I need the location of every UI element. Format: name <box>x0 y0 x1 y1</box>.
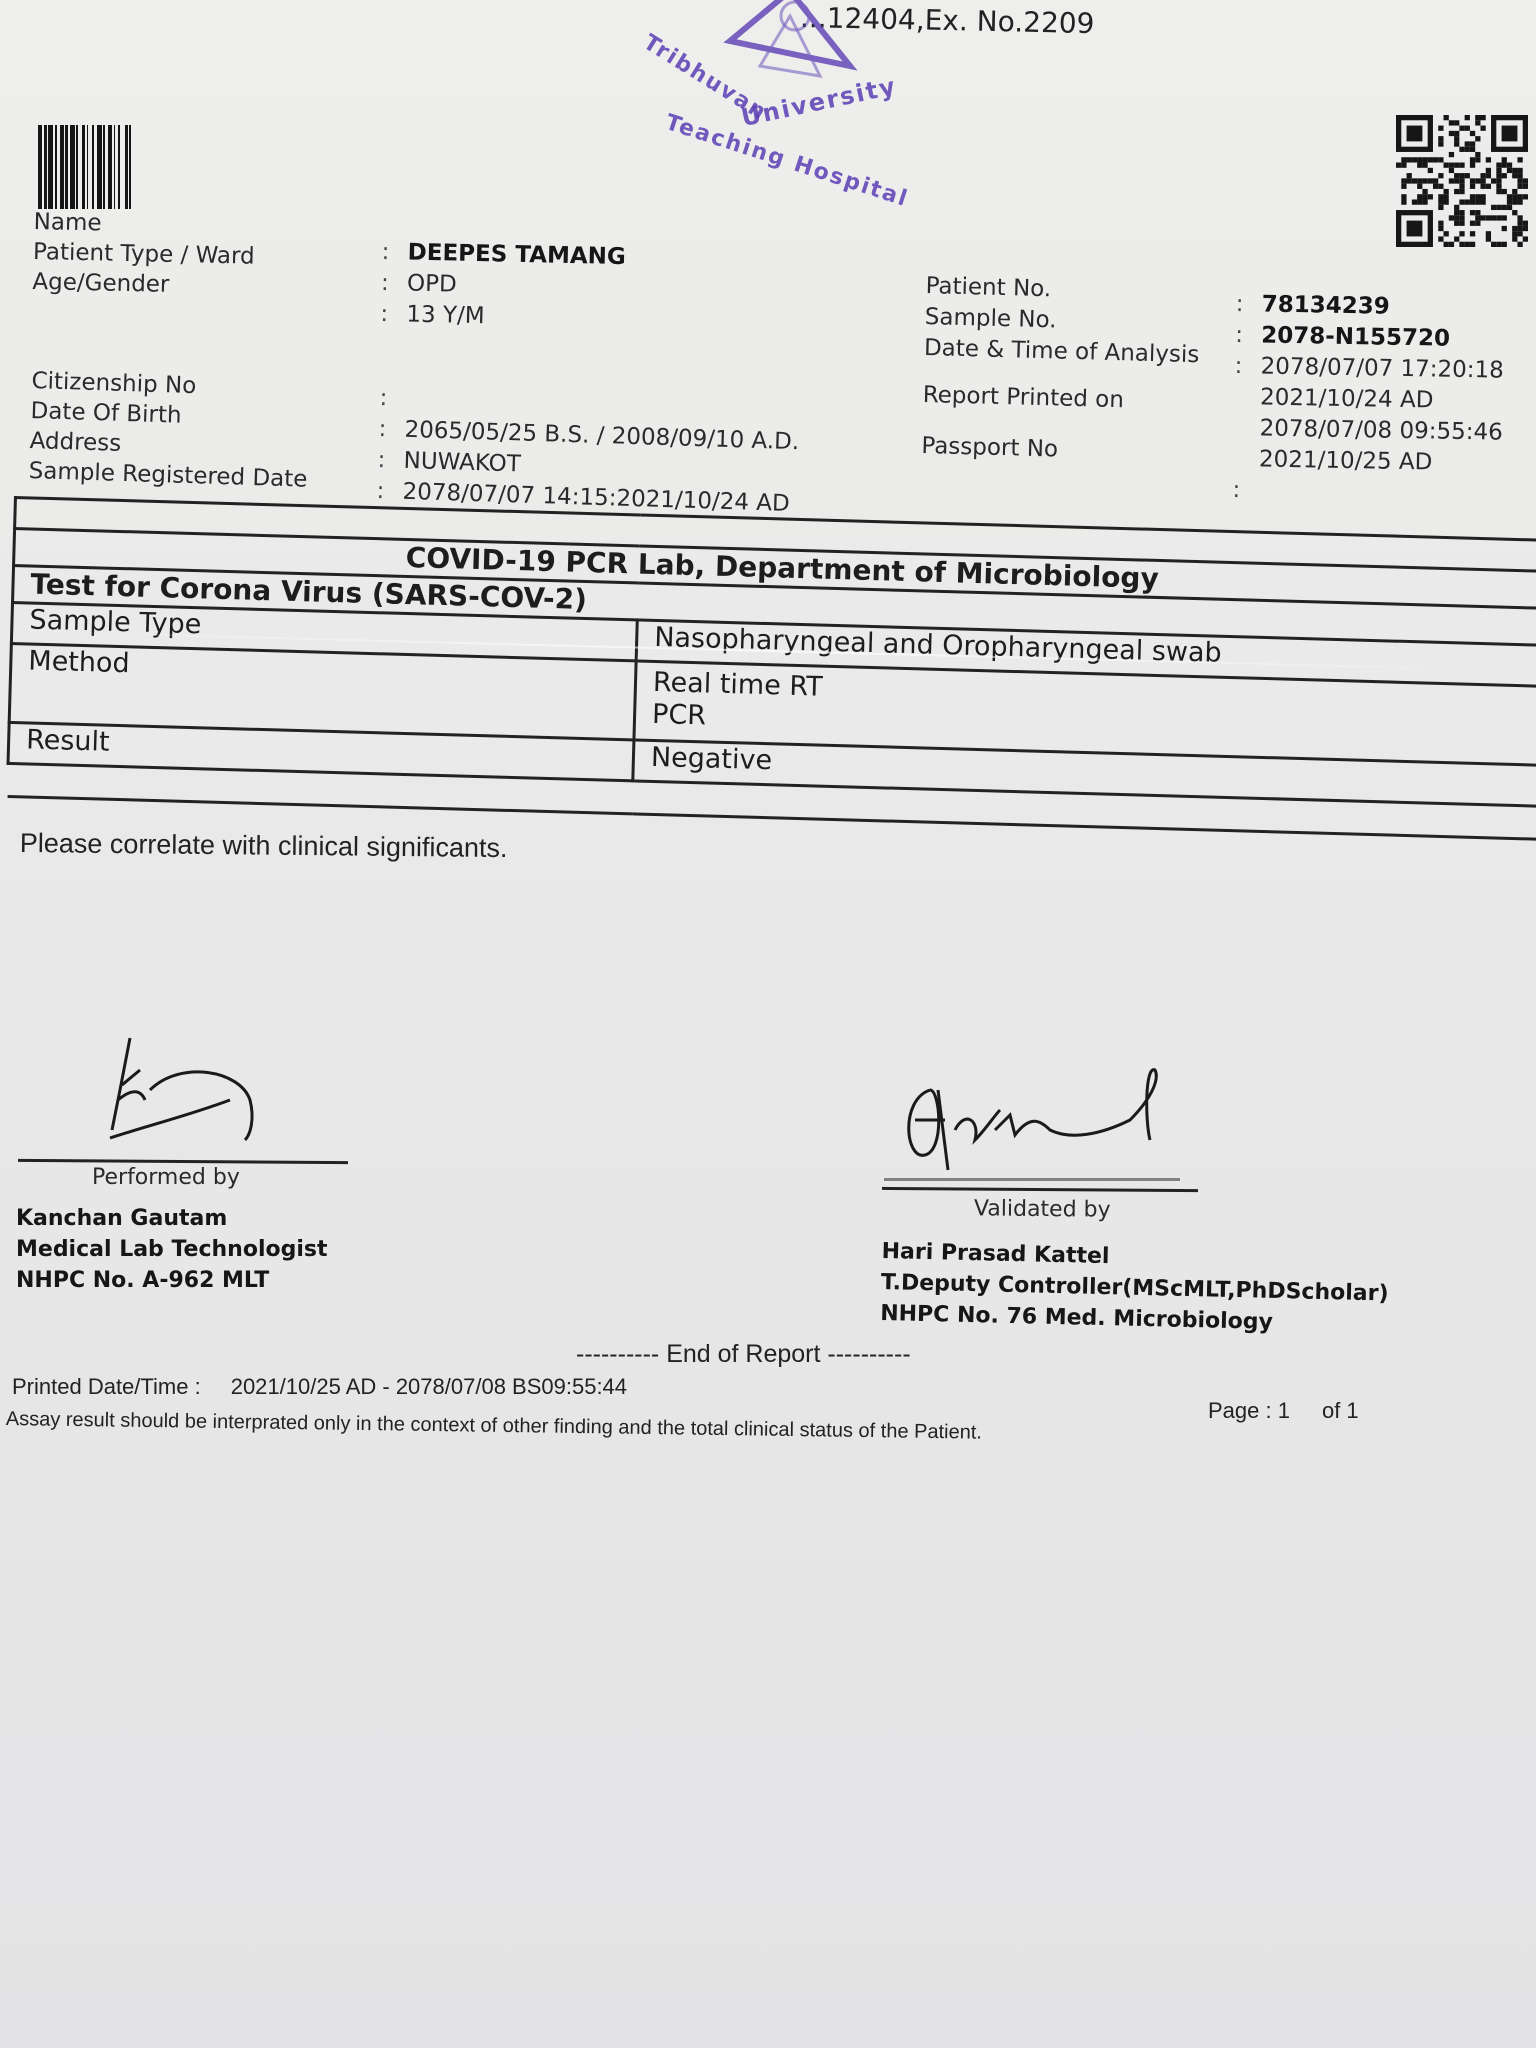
printed-date-time: Printed Date/Time :2021/10/25 AD - 2078/… <box>12 1374 627 1400</box>
patient-values-right: :78134239 :2078-N155720 :2078/07/07 17:2… <box>1232 290 1505 512</box>
performer-reg: NHPC No. A-962 MLT <box>16 1265 328 1296</box>
label-patient-type: Patient Type / Ward <box>33 238 255 273</box>
patient-values-left-2: : :2065/05/25 B.S. / 2008/09/10 A.D. :NU… <box>376 384 800 521</box>
performed-by-block: Kanchan Gautam Medical Lab Technologist … <box>16 1203 328 1296</box>
signature-line-performed <box>18 1159 348 1164</box>
patient-values-left: :DEEPES TAMANG :OPD :13 Y/M <box>380 238 626 336</box>
label-name: Name <box>33 208 255 243</box>
performer-name: Kanchan Gautam <box>16 1203 328 1234</box>
barcode-icon <box>38 125 270 209</box>
patient-no: 78134239 <box>1262 291 1390 319</box>
signature-line-validated <box>882 1187 1198 1192</box>
signature-underline-validated <box>884 1178 1180 1181</box>
result-table: COVID-19 PCR Lab, Department of Microbio… <box>6 496 1536 841</box>
assay-disclaimer: Assay result should be interprated only … <box>6 1408 982 1445</box>
stamp-text-teaching-hospital: Teaching Hospital <box>662 110 911 212</box>
signature-validated-icon <box>900 1060 1190 1180</box>
signature-performed-icon <box>90 1030 270 1150</box>
end-of-report: ---------- End of Report ---------- <box>576 1340 911 1369</box>
validated-by-block: Hari Prasad Kattel T.Deputy Controller(M… <box>880 1236 1390 1340</box>
patient-labels-left: Name Patient Type / Ward Age/Gender <box>32 208 255 303</box>
stamp-emblem-icon <box>720 0 860 86</box>
patient-age-gender: 13 Y/M <box>406 302 485 330</box>
performer-title: Medical Lab Technologist <box>16 1234 328 1265</box>
result-table-container: COVID-19 PCR Lab, Department of Microbio… <box>5 496 1536 869</box>
qr-code-icon <box>1396 115 1528 247</box>
correlate-note: Please correlate with clinical significa… <box>20 828 508 864</box>
report-printed-time: 2078/07/08 09:55:46 <box>1259 415 1503 445</box>
printed-value: 2021/10/25 AD - 2078/07/08 BS09:55:44 <box>231 1374 627 1399</box>
validated-by-caption: Validated by <box>974 1196 1111 1222</box>
patient-type: OPD <box>407 271 457 298</box>
analysis-time: 2078/07/07 17:20:18 <box>1260 353 1504 383</box>
patient-name: DEEPES TAMANG <box>407 240 626 271</box>
page-of: of 1 <box>1322 1398 1359 1423</box>
analysis-date-ad: 2021/10/24 AD <box>1260 384 1434 413</box>
label-age-gender: Age/Gender <box>32 268 254 303</box>
patient-labels-left-2: Citizenship No Date Of Birth Address Sam… <box>28 367 310 496</box>
patient-labels-right: Patient No. Sample No. Date & Time of An… <box>921 272 1201 470</box>
page-label: Page : 1 <box>1208 1398 1290 1423</box>
page-number: Page : 1of 1 <box>1208 1398 1359 1424</box>
hospital-stamp: Tribhuvan University Teaching Hospital <box>640 0 940 185</box>
performed-by-caption: Performed by <box>92 1165 240 1190</box>
address: NUWAKOT <box>403 448 521 478</box>
printed-label: Printed Date/Time : <box>12 1374 201 1399</box>
sample-no: 2078-N155720 <box>1261 322 1450 351</box>
report-printed-date-ad: 2021/10/25 AD <box>1259 446 1433 475</box>
label-passport-no: Passport No <box>921 432 1197 470</box>
